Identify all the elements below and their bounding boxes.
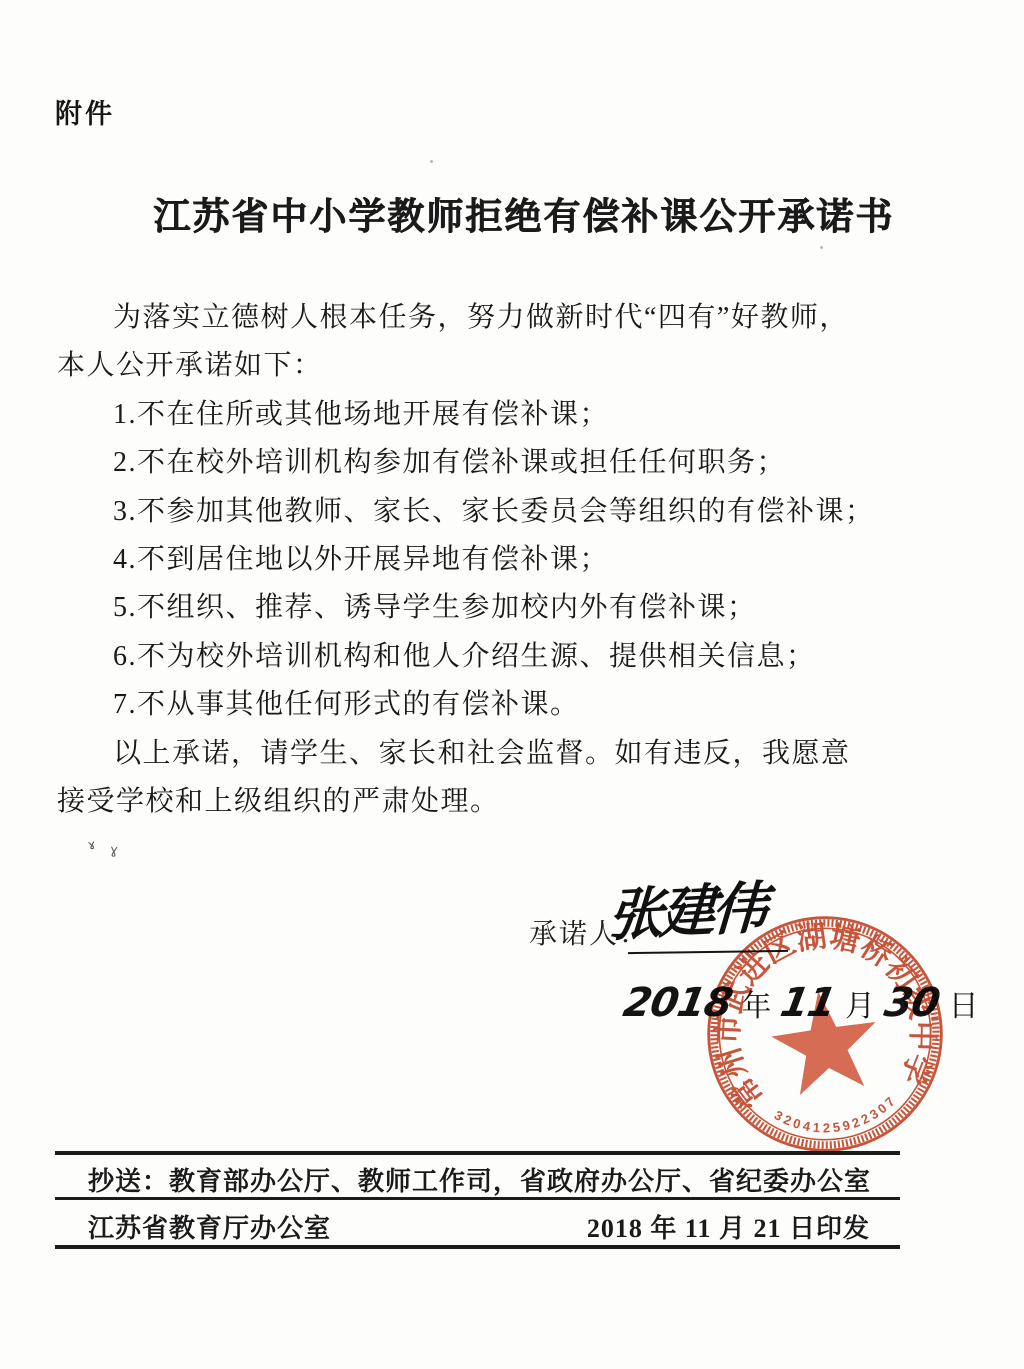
scan-noise-dot — [820, 246, 823, 249]
scanned-document-page: 附件 江苏省中小学教师拒绝有偿补课公开承诺书 为落实立德树人根本任务，努力做新时… — [0, 0, 1024, 1369]
official-seal-stamp: 常州市武进区湖塘桥初级中学 3204125922307 — [687, 896, 963, 1172]
body-line-item-4: 4.不到居住地以外开展异地有偿补课； — [57, 536, 969, 584]
body-line-item-2: 2.不在校外培训机构参加有偿补课或担任任何职务； — [57, 439, 969, 487]
attachment-label: 附件 — [55, 92, 115, 131]
issuer-row: 江苏省教育厅办公室 2018 年 11 月 21 日印发 — [88, 1208, 870, 1245]
scan-noise-mark: ɣ — [109, 843, 118, 859]
footer-rule-middle — [55, 1197, 900, 1200]
day-char: 日 — [949, 981, 979, 1025]
issuer-office: 江苏省教育厅办公室 — [88, 1208, 331, 1245]
body-line-item-6: 6.不为校外培训机构和他人介绍生源、提供相关信息； — [57, 633, 969, 681]
footer-rule-top — [55, 1151, 900, 1155]
scan-noise-dot — [430, 160, 433, 163]
document-title: 江苏省中小学教师拒绝有偿补课公开承诺书 — [12, 186, 1024, 240]
footer-rule-bottom — [55, 1245, 900, 1249]
scan-noise-mark: ɤ — [87, 837, 97, 853]
cc-line: 抄送：教育部办公厅、教师工作司，省政府办公厅、省纪委办公室 — [88, 1161, 900, 1198]
body-line-item-1: 1.不在住所或其他场地开展有偿补课； — [57, 391, 969, 439]
print-date: 2018 年 11 月 21 日印发 — [587, 1208, 870, 1245]
body-line-item-5: 5.不组织、推荐、诱导学生参加校内外有偿补课； — [57, 584, 969, 632]
document-body: 为落实立德树人根本任务，努力做新时代“四有”好教师， 本人公开承诺如下： 1.不… — [57, 294, 969, 826]
body-line-item-7: 7.不从事其他任何形式的有偿补课。 — [57, 681, 969, 729]
seal-star-icon — [766, 984, 884, 1098]
body-line-item-3: 3.不参加其他教师、家长、家长委员会等组织的有偿补课； — [57, 488, 969, 536]
body-line: 以上承诺，请学生、家长和社会监督。如有违反，我愿意 — [57, 730, 969, 778]
body-line: 为落实立德树人根本任务，努力做新时代“四有”好教师， — [57, 294, 969, 342]
body-line: 本人公开承诺如下： — [57, 342, 969, 390]
body-line: 接受学校和上级组织的严肃处理。 — [57, 778, 969, 826]
